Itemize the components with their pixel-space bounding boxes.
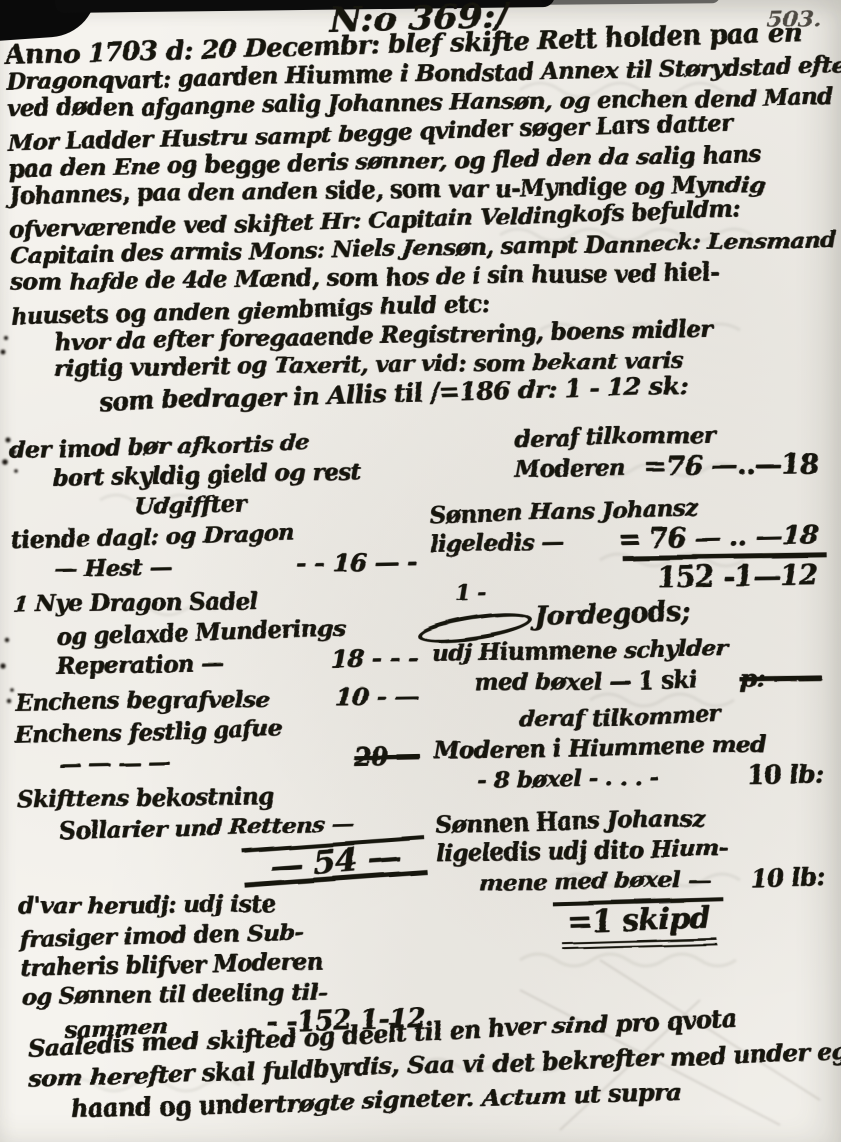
right-column-shares: 1 - deraf tilkommer Moderen =76 —..—18 S… <box>427 418 841 1036</box>
expenses-total: — 54 — <box>242 836 428 888</box>
left-column-expenses: der imod bør afkortis de bort skyldig gi… <box>9 426 439 1044</box>
land-share-amount: 10 lb: <box>749 862 840 893</box>
stray-mark: 1 - <box>454 577 485 608</box>
share-row: Moderen =76 —..—18 <box>428 449 831 486</box>
two-column-section: der imod bør afkortis de bort skyldig gi… <box>9 418 841 1044</box>
expenses-heading: Udgiffter <box>133 489 306 521</box>
expense-amount: 18 - - - <box>331 643 433 675</box>
shares-total: 152 -1—12 <box>622 553 827 593</box>
expense-amount: 10 - — <box>335 681 433 712</box>
land-share-amount: 10 lb: <box>747 759 838 790</box>
manuscript-content: N:o 369:/ 503. Anno 1703 d: 20 Decembr: … <box>0 0 841 1142</box>
land-share-row: mene med bøxel — 10 lb: <box>436 862 839 899</box>
land-grand-total: =1 skipd <box>553 898 725 939</box>
body-paragraph: Anno 1703 d: 20 Decembr: blef skifte Ret… <box>6 22 834 415</box>
struck-amount: 20 — <box>354 741 435 773</box>
share-amount: =76 —..—18 <box>643 449 831 482</box>
share-amount: = 76 — .. —18 <box>618 521 833 555</box>
land-row: med bøxel — 1 ski p: —— <box>432 662 835 699</box>
expense-amount: - - 16 — - <box>296 546 430 579</box>
land-share-row: - 8 bøxel - . . . - 10 lb: <box>434 759 837 796</box>
land-section-heading: Jordegods; <box>534 596 731 631</box>
manuscript-page: N:o 369:/ 503. Anno 1703 d: 20 Decembr: … <box>0 0 841 1142</box>
struck-text: p: —— <box>739 662 836 693</box>
